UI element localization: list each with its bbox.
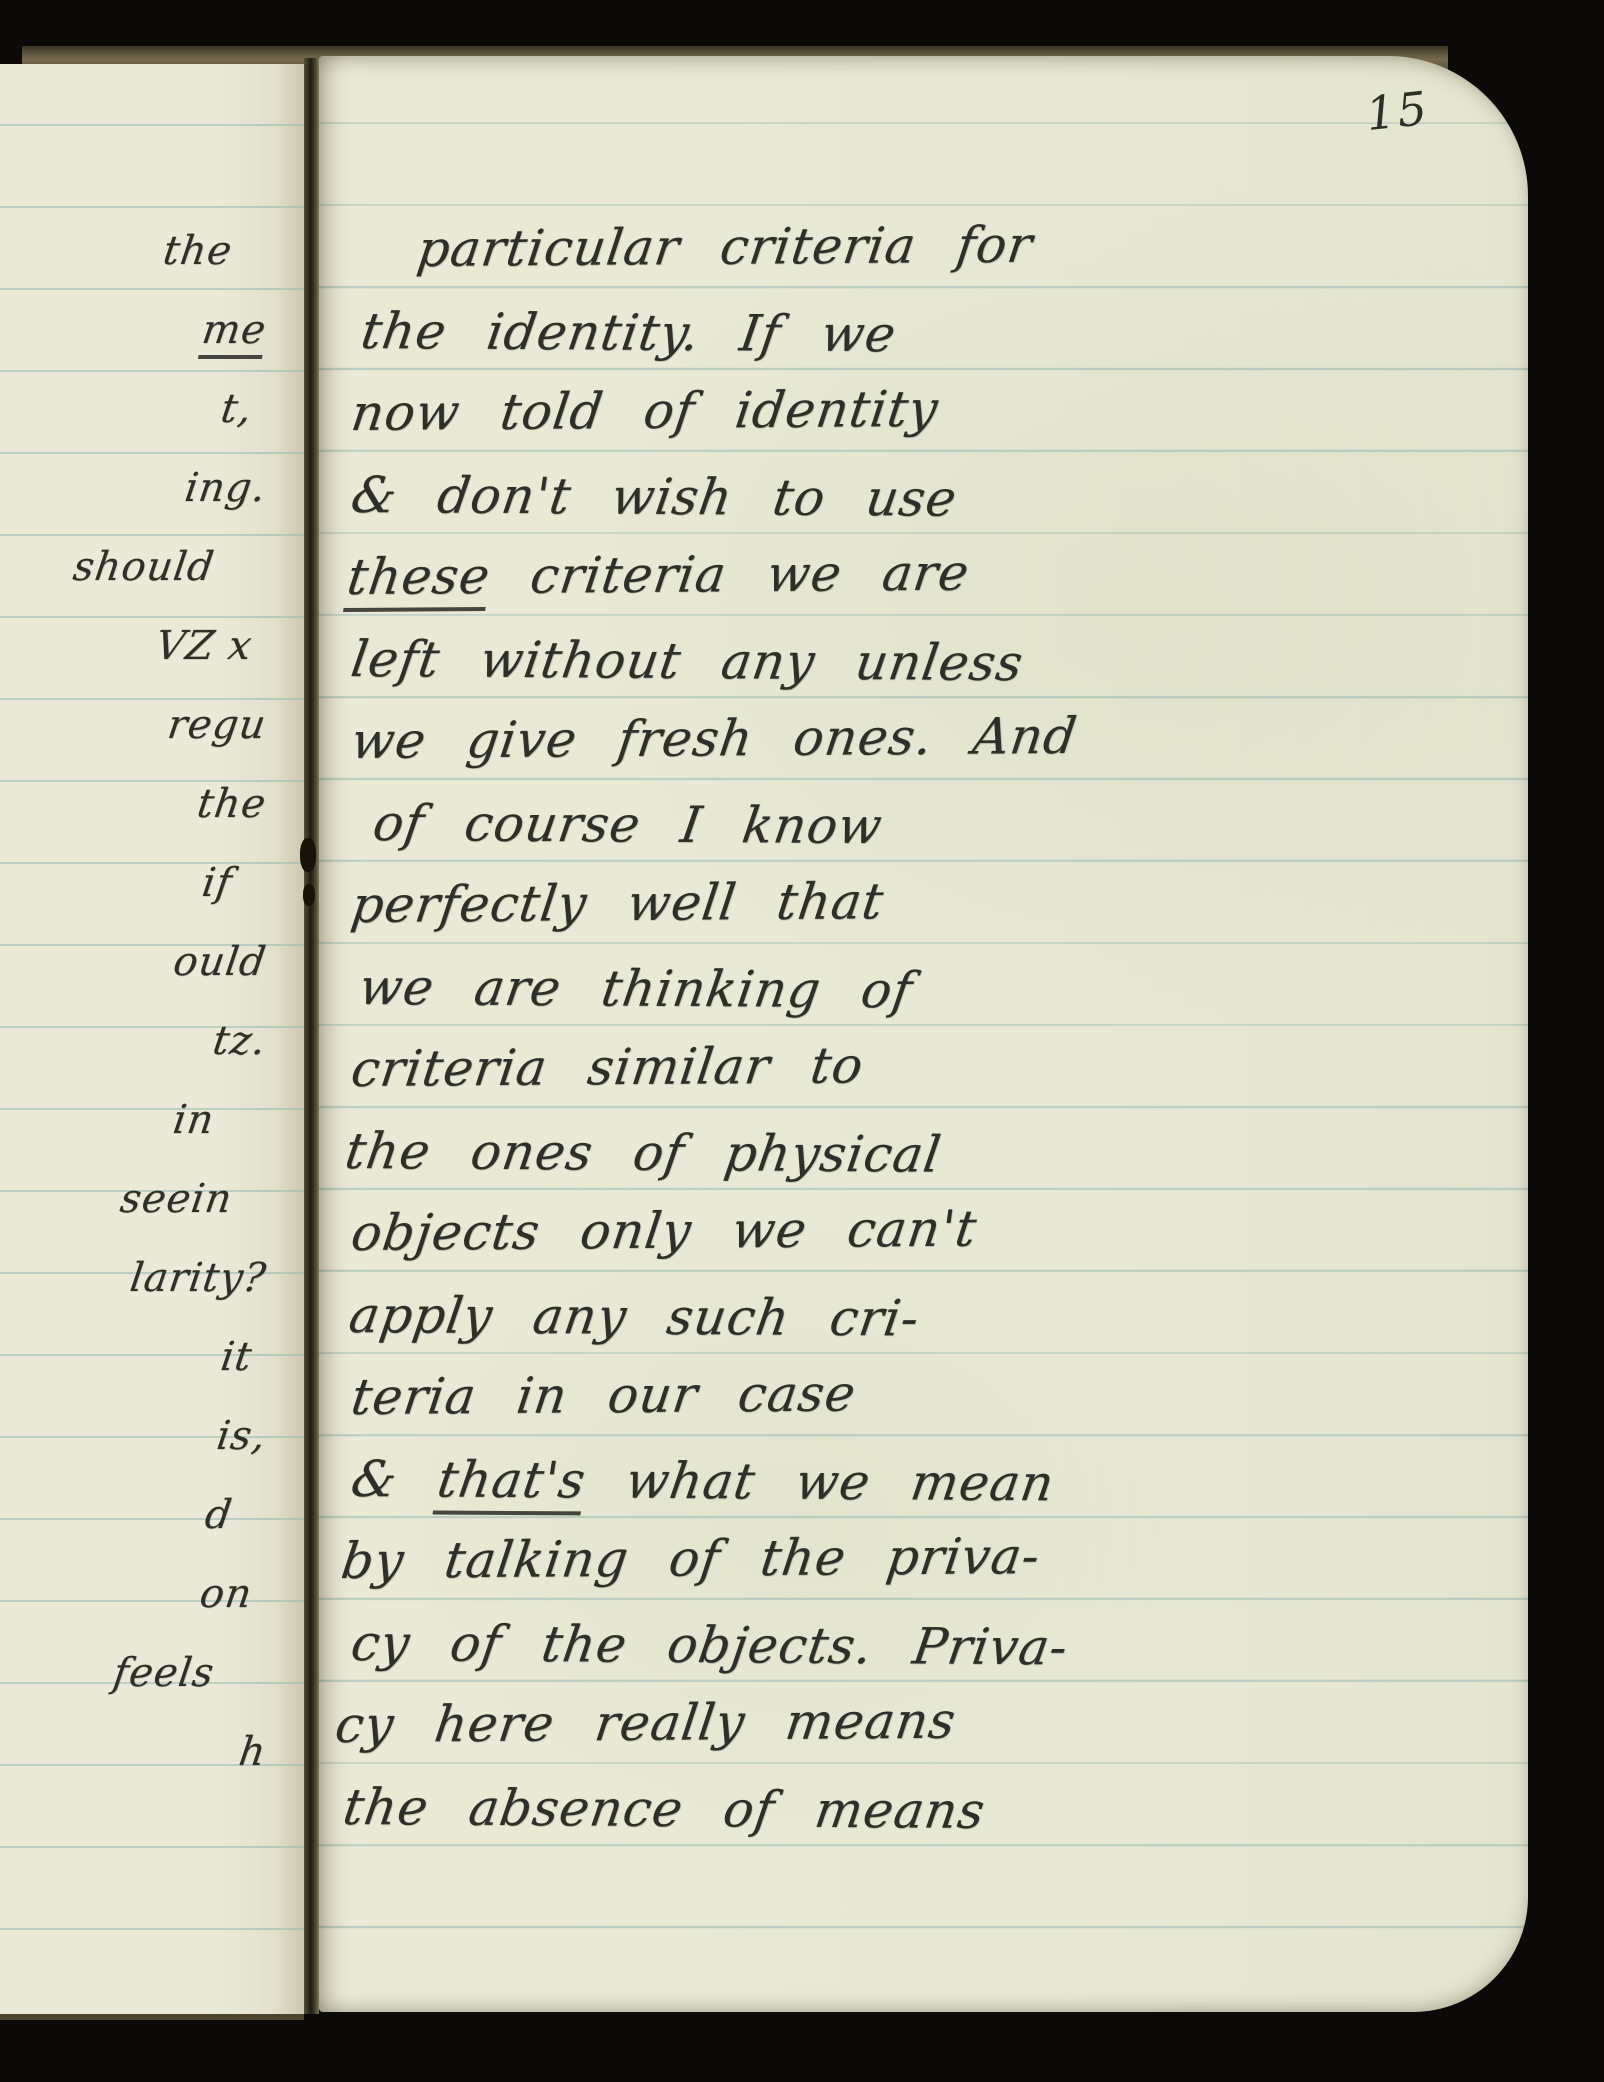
- underlined-word: me: [198, 307, 269, 359]
- handwritten-line: feels: [0, 1634, 220, 1713]
- underlined-word: that's: [433, 1451, 590, 1516]
- paper-tear: [300, 838, 316, 872]
- handwritten-line: in: [0, 1081, 220, 1160]
- handwritten-line: should: [0, 528, 220, 607]
- handwritten-line: criteria similar to: [347, 1018, 1519, 1108]
- handwritten-line: these criteria we are: [343, 526, 1519, 616]
- handwritten-line: d: [0, 1476, 238, 1555]
- handwritten-line: me: [0, 291, 272, 370]
- paper-tear: [303, 884, 315, 906]
- notebook-scan: 15 particular criteria forthe identity. …: [0, 0, 1604, 2082]
- handwritten-line: h: [0, 1713, 272, 1792]
- handwritten-line: t,: [0, 370, 258, 449]
- page-number: 15: [1363, 81, 1431, 141]
- handwritten-line: VZ x: [0, 607, 258, 686]
- handwritten-line: by talking of the priva-: [337, 1510, 1519, 1600]
- handwritten-line: the: [0, 765, 272, 844]
- gutter-shadow: [304, 58, 319, 2014]
- handwritten-line: particular criteria for: [413, 198, 1519, 288]
- handwritten-line: the absence of means: [338, 1764, 1517, 1853]
- handwritten-line: perfectly well that: [347, 854, 1519, 944]
- handwritten-line: cy here really means: [331, 1674, 1519, 1764]
- handwritten-line: seein: [0, 1160, 238, 1239]
- left-page-text: themet,ing.shouldVZ xregutheifouldtz.ins…: [0, 212, 266, 1792]
- handwritten-line: ould: [0, 923, 272, 1002]
- handwritten-line: if: [0, 844, 238, 923]
- handwritten-line: the: [0, 212, 238, 291]
- handwritten-line: it: [0, 1318, 258, 1397]
- handwritten-line: now told of identity: [347, 362, 1519, 452]
- handwritten-line: on: [0, 1555, 258, 1634]
- handwritten-line: regu: [0, 686, 272, 765]
- handwritten-line: objects only we can't: [347, 1182, 1519, 1272]
- right-page-text: particular criteria forthe identity. If …: [352, 206, 1512, 1846]
- handwritten-line: teria in our case: [347, 1346, 1519, 1436]
- underlined-word: these: [343, 547, 494, 612]
- handwritten-line: larity?: [0, 1239, 272, 1318]
- handwritten-line: tz.: [0, 1002, 272, 1081]
- handwritten-line: ing.: [0, 449, 272, 528]
- handwritten-line: we give fresh ones. And: [347, 690, 1519, 780]
- handwritten-line: is,: [0, 1397, 272, 1476]
